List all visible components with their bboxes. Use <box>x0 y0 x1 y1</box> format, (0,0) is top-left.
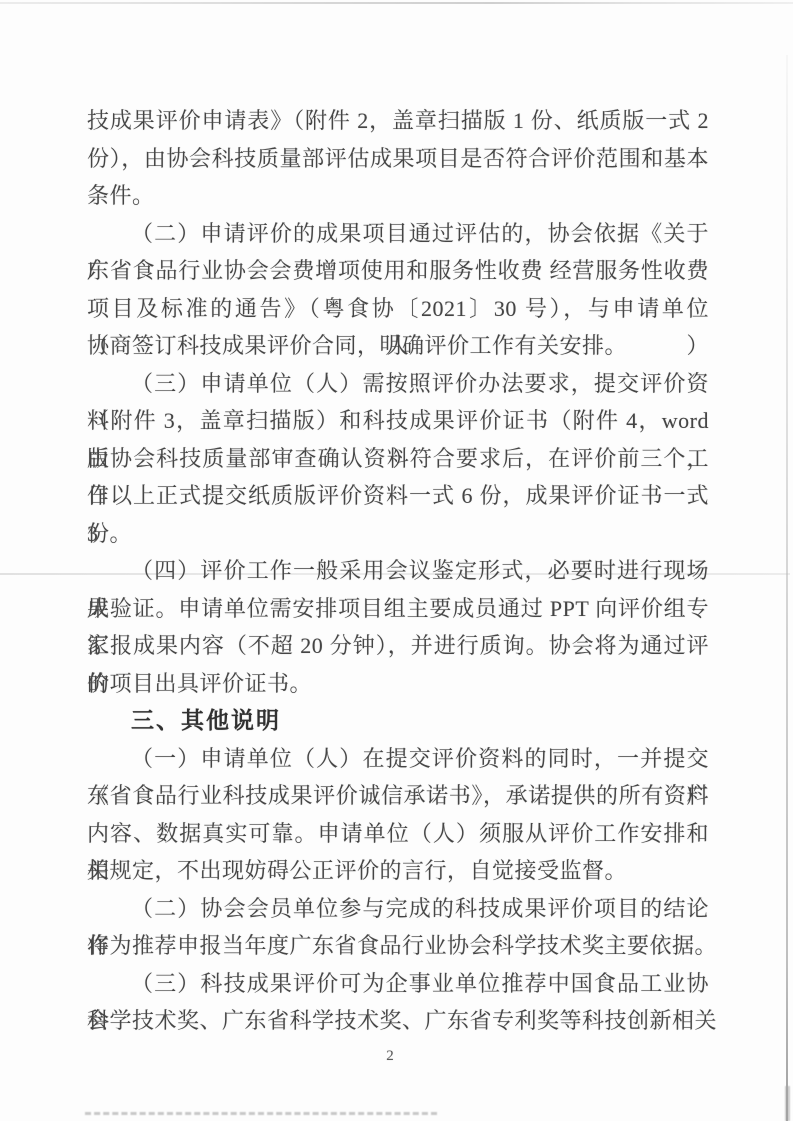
text-line: 关规定，不出现妨碍公正评价的言行，自觉接受监督。 <box>87 852 709 890</box>
text-line: （二）协会会员单位参与完成的科技成果评价项目的结论将 <box>87 890 709 928</box>
text-line: （三）科技成果评价可为企事业单位推荐中国食品工业协会 <box>87 965 709 1003</box>
text-line: （一）申请单位（人）在提交评价资料的同时，一并提交《广 <box>87 740 709 778</box>
text-line: 日以上正式提交纸质版评价资料一式 6 份，成果评价证书一式 3 <box>87 477 709 515</box>
scan-top-edge-line <box>0 2 793 4</box>
text-line: 份），由协会科技质量部评估成果项目是否符合评价范围和基本 <box>87 140 709 178</box>
text-line: 科学技术奖、广东省科学技术奖、广东省专利奖等科技创新相关 <box>87 1002 709 1040</box>
scan-right-edge-line <box>786 55 788 1121</box>
text-line: 作为推荐申报当年度广东省食品行业协会科学技术奖主要依据。 <box>87 927 709 965</box>
text-line: （二）申请评价的成果项目通过评估的，协会依据《关于广 <box>87 215 709 253</box>
text-line: 条件。 <box>87 177 709 215</box>
section-heading: 三、其他说明 <box>87 702 709 740</box>
text-line: 东省食品行业科技成果评价诚信承诺书》，承诺提供的所有资料 <box>87 777 709 815</box>
text-line: 汇报成果内容（不超 20 分钟），并进行质询。协会将为通过评价 <box>87 627 709 665</box>
page-number: 2 <box>0 1047 780 1065</box>
document-page: 技成果评价申请表》（附件 2，盖章扫描版 1 份、纸质版一式 2份），由协会科技… <box>0 0 793 1121</box>
scan-corner-smudge <box>785 1086 790 1121</box>
text-line: （四）评价工作一般采用会议鉴定形式，必要时进行现场成 <box>87 552 709 590</box>
text-line: （附件 3，盖章扫描版）和科技成果评价证书（附件 4，word 版）， <box>87 402 709 440</box>
text-line: 项目及标准的通告》（粤食协〔2021〕30 号），与申请单位（人） <box>87 290 709 328</box>
text-line: 的项目出具评价证书。 <box>87 665 709 703</box>
text-line: 协商签订科技成果评价合同，明确评价工作有关安排。 <box>87 327 709 365</box>
text-line: 内容、数据真实可靠。申请单位（人）须服从评价工作安排和相 <box>87 815 709 853</box>
text-line: 果验证。申请单位需安排项目组主要成员通过 PPT 向评价组专家 <box>87 590 709 628</box>
text-line: 份。 <box>87 515 709 553</box>
text-line: 东省食品行业协会会费增项使用和服务性收费 经营服务性收费 <box>87 252 709 290</box>
text-line: 由协会科技质量部审查确认资料符合要求后，在评价前三个工作 <box>87 440 709 478</box>
scan-bottom-marks <box>85 1112 437 1115</box>
text-line: 技成果评价申请表》（附件 2，盖章扫描版 1 份、纸质版一式 2 <box>87 102 709 140</box>
document-body: 技成果评价申请表》（附件 2，盖章扫描版 1 份、纸质版一式 2份），由协会科技… <box>87 102 709 1040</box>
text-line: （三）申请单位（人）需按照评价办法要求，提交评价资料 <box>87 365 709 403</box>
